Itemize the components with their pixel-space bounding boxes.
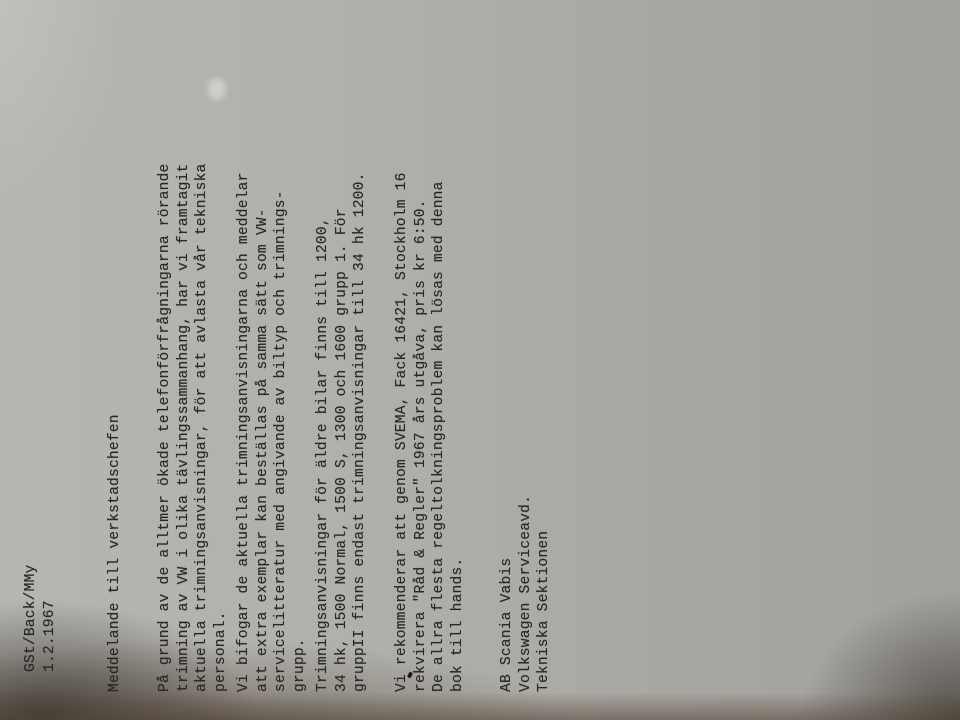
paragraph-line: Vi bifogar de aktuella trimningsanvisnin… (236, 172, 252, 692)
paragraph-4: Vi rekommenderar att genom SVEMA, Fack 1… (393, 172, 467, 692)
letter-date: 1.2.1967 (42, 600, 58, 672)
paragraph-line: rekvirera "Råd & Regler" 1967 års utgåva… (413, 199, 429, 692)
paragraph-line: De allra flesta regeltolkningsproblem ka… (431, 181, 447, 692)
signature-department: Volkswagen Serviceavd. (518, 495, 534, 692)
paragraph-2: Vi bifogar de aktuella trimningsanvisnin… (235, 172, 309, 692)
paragraph-3: Trimningsanvisningar för äldre bilar fin… (314, 172, 370, 692)
paragraph-line: trimning av VW i olika tävlingssammanhan… (176, 163, 192, 692)
letter-reference-block: GSt/Back/MMy 1.2.1967 (22, 565, 59, 673)
signature-block: AB Scania Vabis Volkswagen Serviceavd. T… (498, 495, 554, 692)
paragraph-line: bok till hands. (450, 558, 466, 692)
reference-code: GSt/Back/MMy (23, 565, 39, 673)
letter-heading: Meddelande till verkstadschefen (106, 414, 125, 692)
paragraph-line: På grund av de alltmer ökade telefonförf… (157, 163, 173, 692)
paragraph-1: På grund av de alltmer ökade telefonförf… (156, 163, 230, 692)
paragraph-line: aktuella trimningsanvisningar, för att a… (194, 163, 210, 692)
signature-section: Tekniska Sektionen (536, 531, 552, 692)
paragraph-line: servicelitteratur med angivande av bilty… (273, 190, 289, 692)
signature-company: AB Scania Vabis (499, 558, 515, 692)
paper-smudge (208, 78, 226, 100)
paragraph-line: gruppII finns endast trimningsanvisninga… (352, 172, 368, 692)
paragraph-line: personal. (213, 611, 229, 692)
paragraph-line: grupp. (292, 638, 308, 692)
paragraph-line: Vi rekommenderar att genom SVEMA, Fack 1… (394, 172, 410, 692)
paragraph-line: 34 hk, 1500 Normal, 1500 S, 1300 och 160… (334, 208, 350, 692)
paragraph-line: Trimningsanvisningar för äldre bilar fin… (315, 217, 331, 692)
paragraph-line: att extra exemplar kan beställas på samm… (255, 208, 271, 692)
typewritten-letter: GSt/Back/MMy 1.2.1967 Meddelande till ve… (0, 0, 960, 720)
